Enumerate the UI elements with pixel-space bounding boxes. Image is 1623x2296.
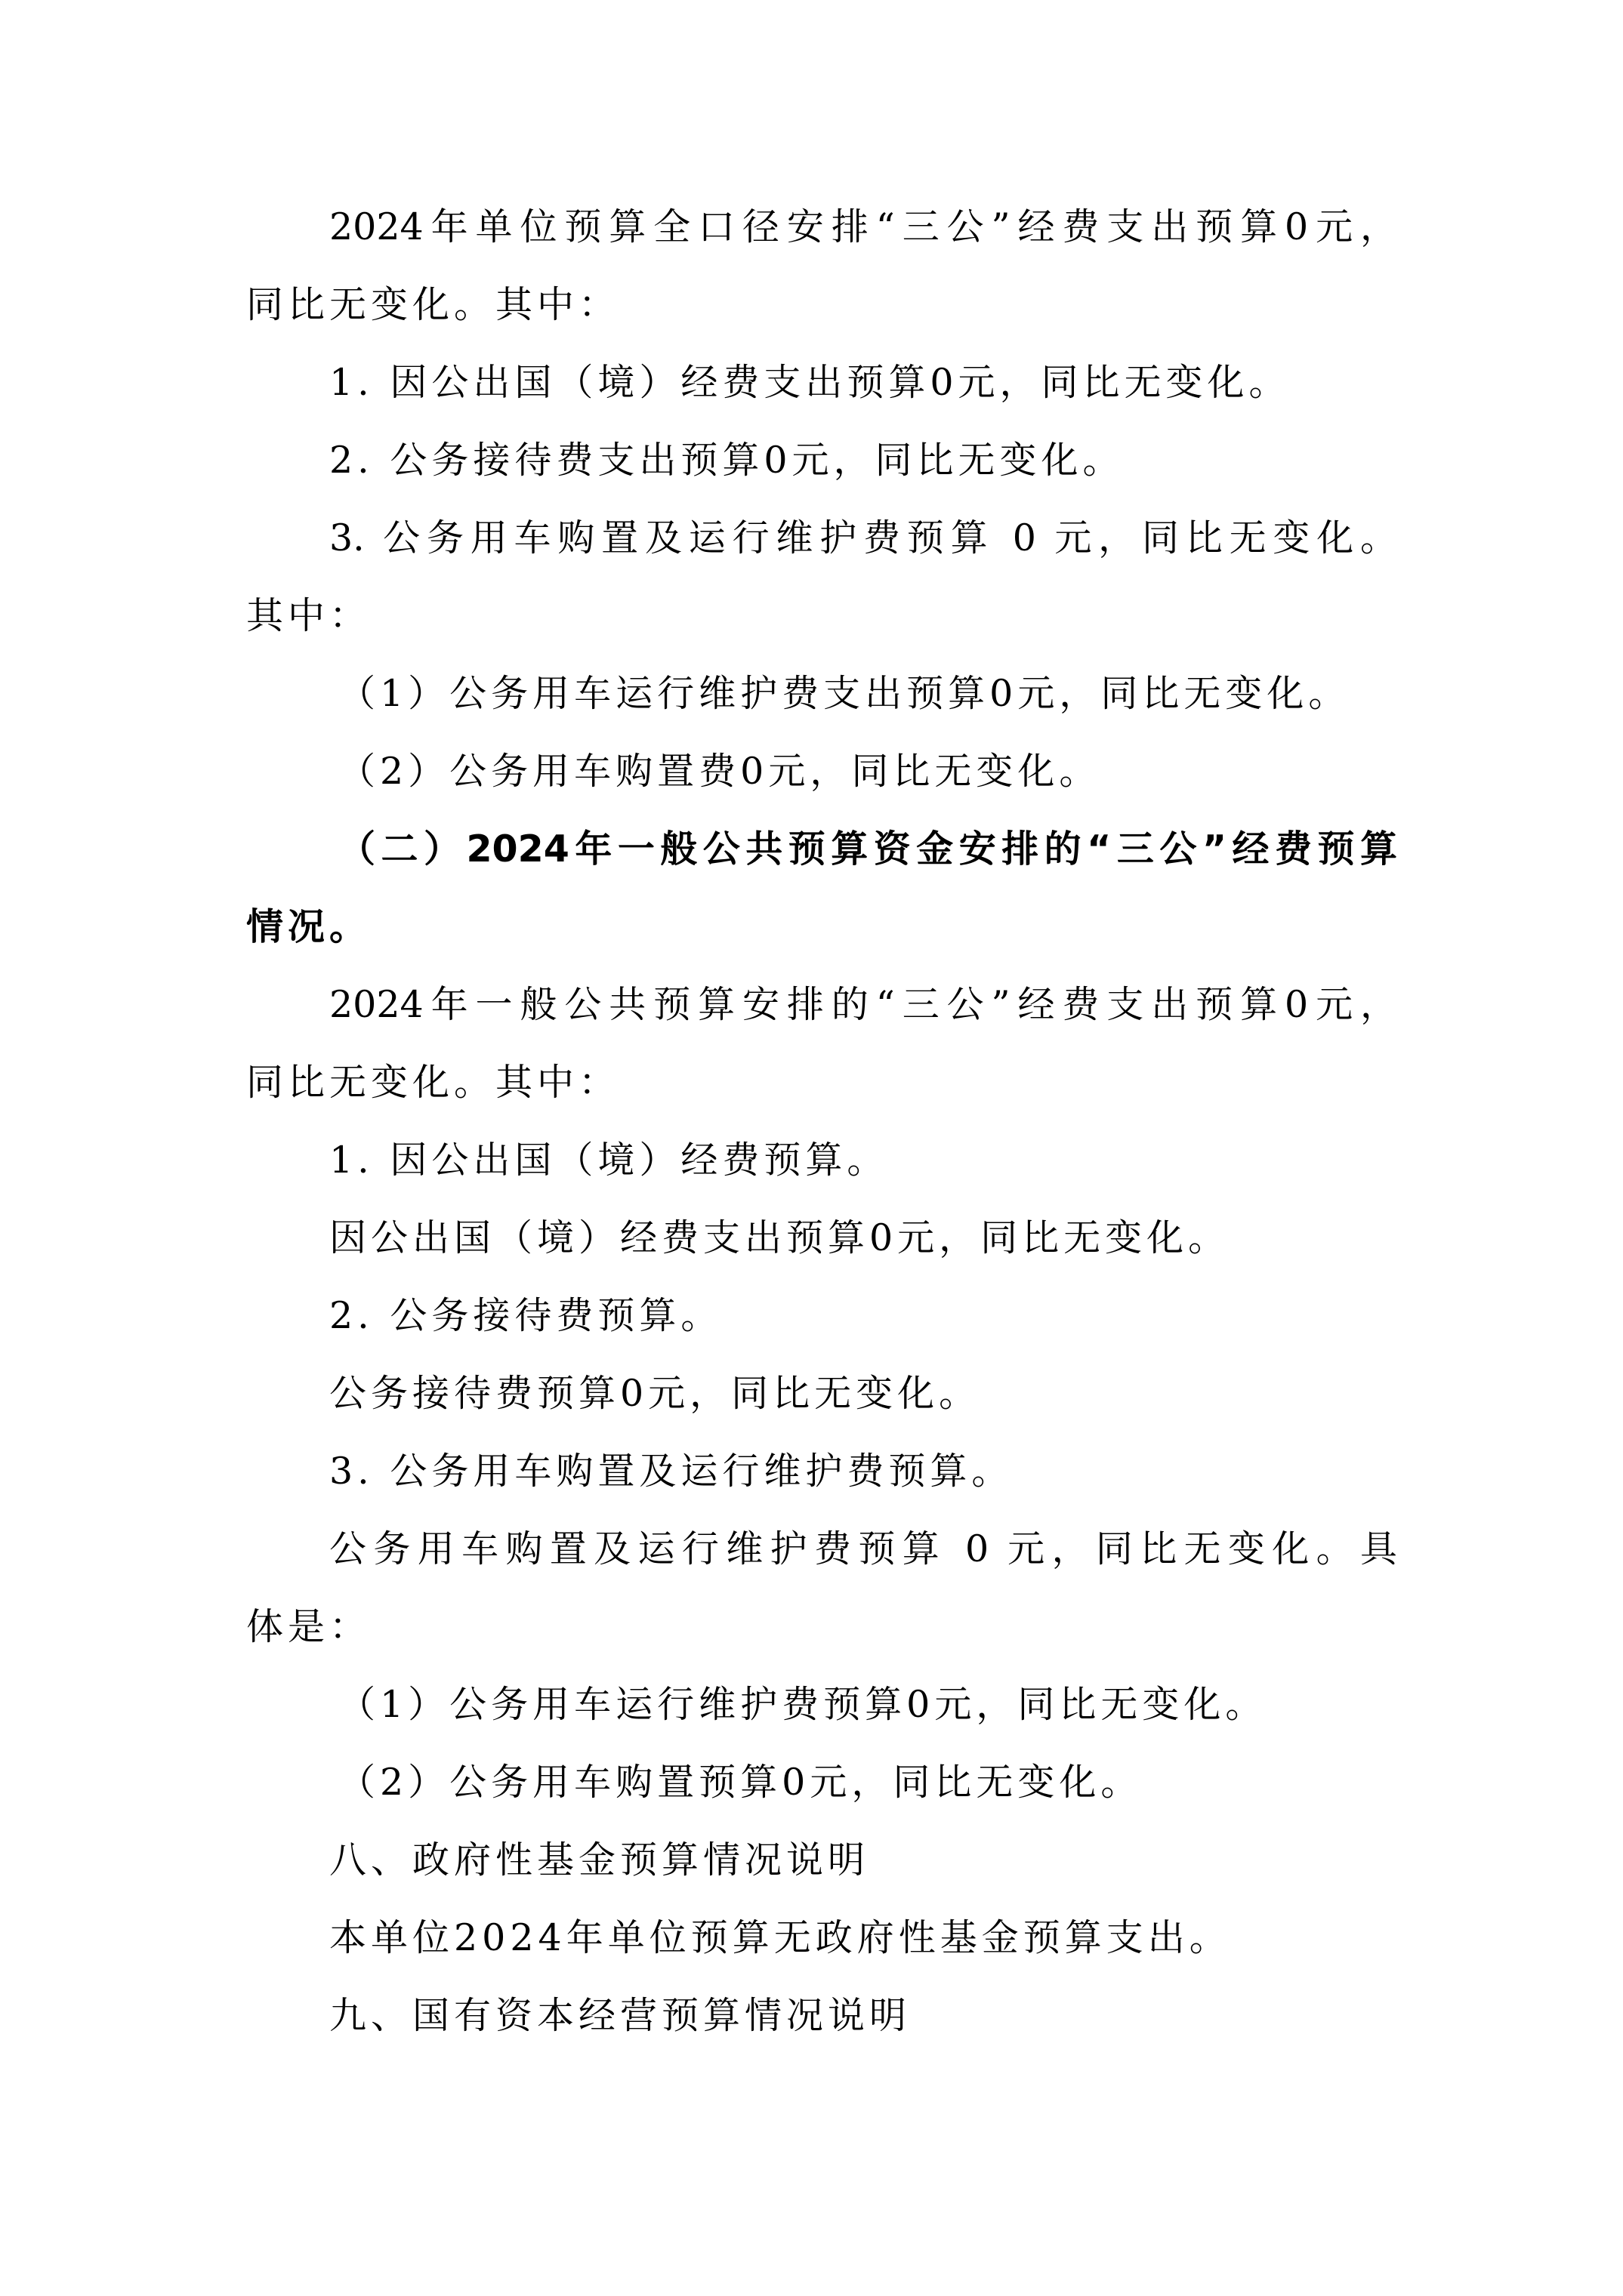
document-page: 2024年单位预算全口径安排“三公”经费支出预算0元， 同比无变化。其中： 1.… (246, 188, 1397, 2054)
paragraph-line: 同比无变化。其中： (246, 1043, 1397, 1121)
sub-list-item: （2）公务用车购置预算0元，同比无变化。 (246, 1743, 1397, 1821)
paragraph-line: 其中： (246, 577, 1397, 655)
paragraph-line: 公务接待费预算0元，同比无变化。 (246, 1354, 1397, 1432)
paragraph-line: 体是： (246, 1588, 1397, 1666)
paragraph-line: 公务用车购置及运行维护费预算 0 元，同比无变化。具 (246, 1510, 1397, 1588)
list-item: 1. 因公出国（境）经费支出预算0元，同比无变化。 (246, 344, 1397, 421)
section-heading: （二）2024年一般公共预算资金安排的“三公”经费预算 (246, 810, 1397, 888)
sub-list-item: （2）公务用车购置费0元，同比无变化。 (246, 732, 1397, 810)
paragraph-line: 同比无变化。其中： (246, 266, 1397, 344)
list-item: 2. 公务接待费支出预算0元，同比无变化。 (246, 421, 1397, 499)
paragraph-line: 2024年单位预算全口径安排“三公”经费支出预算0元， (246, 188, 1397, 266)
paragraph-line: 因公出国（境）经费支出预算0元，同比无变化。 (246, 1199, 1397, 1277)
section-heading: 情况。 (246, 888, 1397, 966)
paragraph-line: 本单位2024年单位预算无政府性基金预算支出。 (246, 1899, 1397, 1977)
section-heading: 八、政府性基金预算情况说明 (246, 1821, 1397, 1899)
paragraph-line: 2024年一般公共预算安排的“三公”经费支出预算0元， (246, 966, 1397, 1043)
list-item: 1. 因公出国（境）经费预算。 (246, 1121, 1397, 1199)
list-item: 2. 公务接待费预算。 (246, 1277, 1397, 1354)
list-item: 3. 公务用车购置及运行维护费预算。 (246, 1432, 1397, 1510)
list-item: 3. 公务用车购置及运行维护费预算 0 元，同比无变化。 (246, 499, 1397, 577)
sub-list-item: （1）公务用车运行维护费支出预算0元，同比无变化。 (246, 655, 1397, 732)
section-heading: 九、国有资本经营预算情况说明 (246, 1977, 1397, 2054)
sub-list-item: （1）公务用车运行维护费预算0元，同比无变化。 (246, 1666, 1397, 1743)
